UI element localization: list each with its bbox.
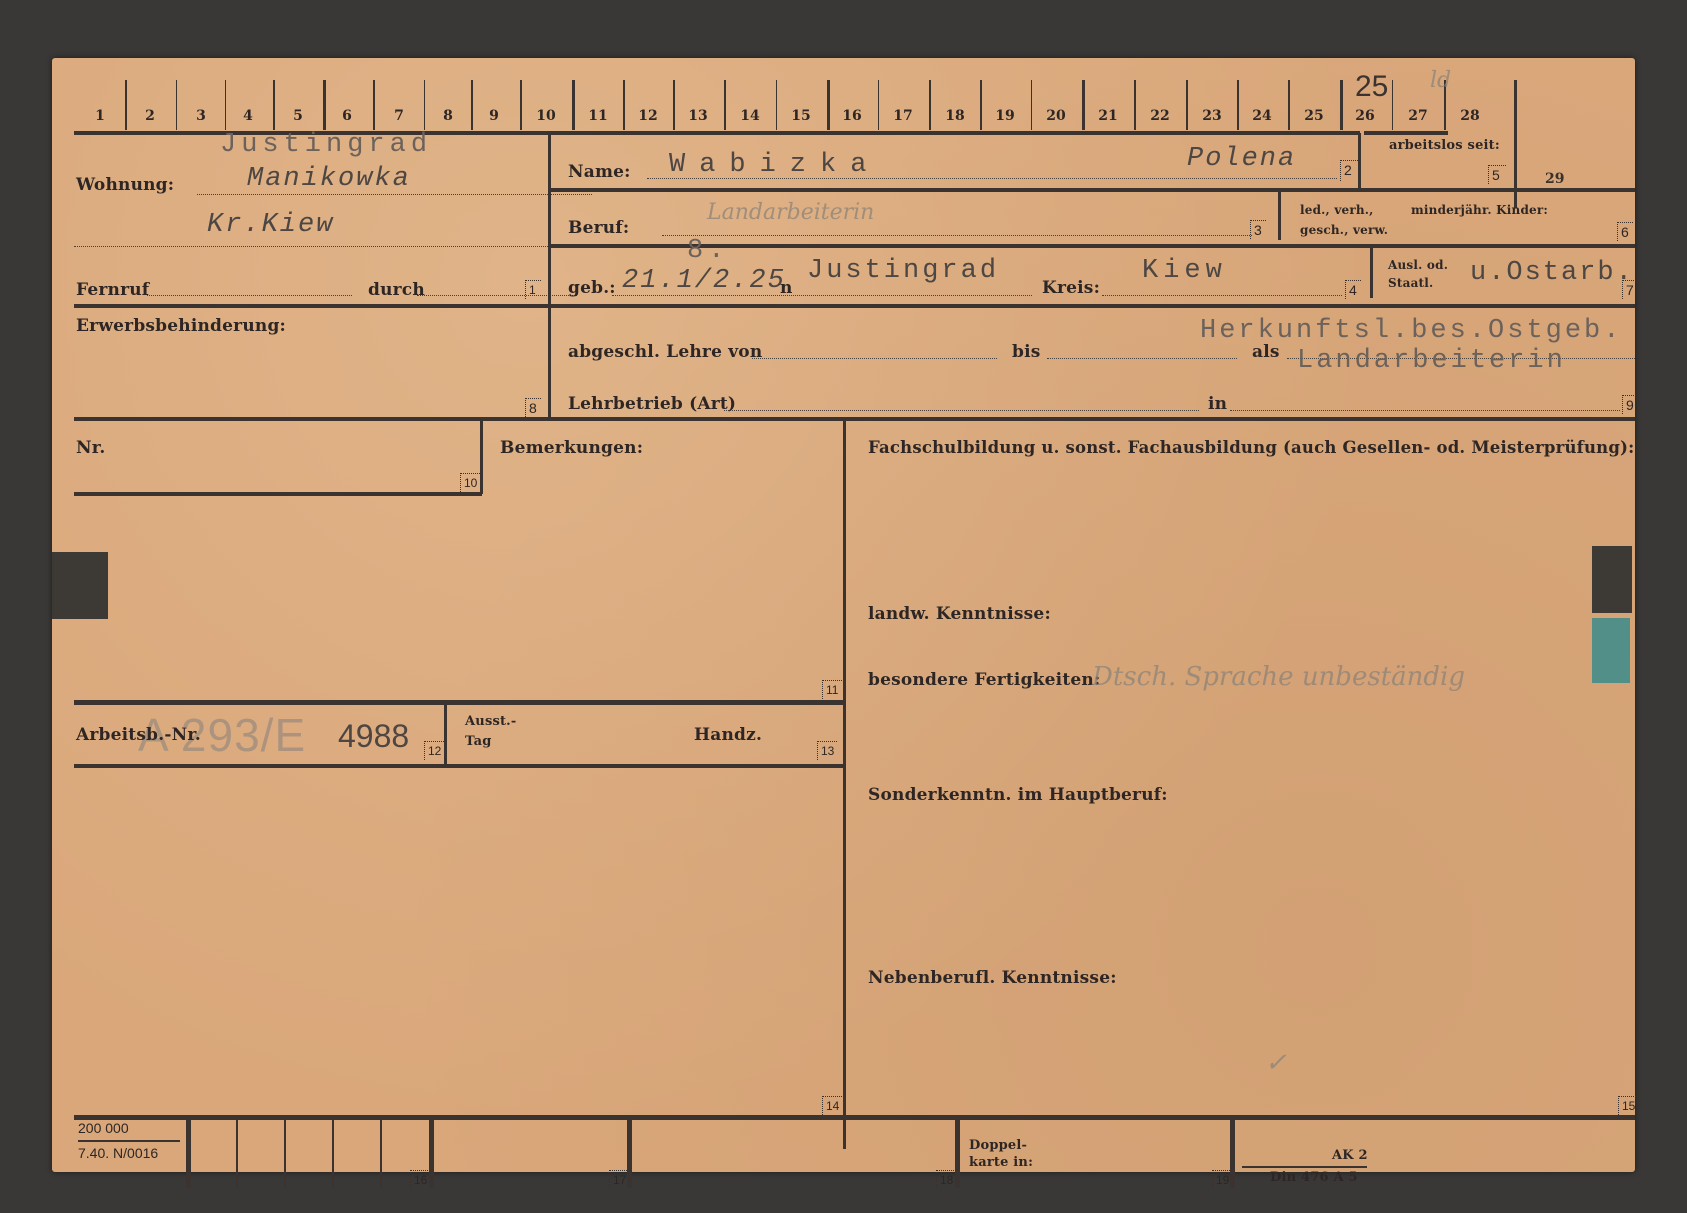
field-no-14: 14 bbox=[822, 1096, 842, 1115]
ruler-number: 24 bbox=[1242, 108, 1282, 124]
sonderkenntn-label: Sonderkenntn. im Hauptberuf: bbox=[868, 785, 1168, 805]
ruler-number: 7 bbox=[379, 108, 419, 124]
footer-divider-h bbox=[955, 1120, 960, 1188]
staat-value: u.Ostarb. bbox=[1470, 258, 1634, 288]
ruler-tick bbox=[623, 80, 625, 130]
lehre-bis-field[interactable] bbox=[1047, 358, 1237, 359]
ruler-tick bbox=[776, 80, 778, 130]
ruler-number: 10 bbox=[526, 108, 566, 124]
ruler-tick bbox=[1186, 80, 1188, 130]
field-no-10: 10 bbox=[460, 473, 480, 492]
top-divider-right bbox=[1364, 131, 1448, 135]
footer-top-line bbox=[74, 1115, 1635, 1120]
ruler-tick bbox=[878, 80, 880, 130]
lehrbetrieb-label: Lehrbetrieb (Art) bbox=[568, 394, 736, 414]
left-register-tab bbox=[52, 552, 108, 619]
ruler-number: 13 bbox=[678, 108, 718, 124]
ruler-number: 28 bbox=[1450, 108, 1490, 124]
field-no-11: 11 bbox=[822, 680, 842, 699]
birth-correction: 8. bbox=[687, 236, 729, 266]
print-run-underline bbox=[78, 1140, 180, 1142]
durch-label: durch bbox=[368, 280, 425, 300]
bemerkungen-label: Bemerkungen: bbox=[500, 438, 643, 458]
nebenberuf-label: Nebenberufl. Kenntnisse: bbox=[868, 968, 1117, 988]
ruler-tick bbox=[520, 80, 522, 130]
print-run: 200 000 bbox=[78, 1120, 129, 1136]
ruler-tick bbox=[980, 80, 982, 130]
name-field[interactable] bbox=[647, 178, 1337, 179]
geb-field[interactable] bbox=[612, 295, 1032, 296]
field-no-5: 5 bbox=[1488, 165, 1506, 184]
field-no-13: 13 bbox=[817, 741, 837, 760]
arbeitsbuch-bottom-line bbox=[74, 764, 845, 768]
kreis-value: Kiew bbox=[1142, 256, 1227, 286]
field-no-2: 2 bbox=[1340, 160, 1358, 181]
ruler-number: 16 bbox=[832, 108, 872, 124]
familienstand-line2: gesch., verw. bbox=[1300, 223, 1388, 237]
right-register-tab bbox=[1592, 546, 1632, 613]
ruler-number: 19 bbox=[985, 108, 1025, 124]
field-no-6: 6 bbox=[1617, 222, 1633, 241]
fernruf-field[interactable] bbox=[147, 295, 352, 296]
lehre-bottom-line bbox=[74, 417, 1635, 421]
field-no-3: 3 bbox=[1250, 220, 1266, 239]
registration-card: 1234567891011121314151617181920212223242… bbox=[52, 58, 1635, 1172]
ruler-number: 5 bbox=[278, 108, 318, 124]
geb-label: geb.: bbox=[568, 278, 616, 298]
firstname-value: Polena bbox=[1187, 144, 1296, 174]
ruler-tick bbox=[1392, 80, 1394, 130]
kreis-field[interactable] bbox=[1102, 295, 1342, 296]
lehre-in-label: in bbox=[1208, 394, 1227, 414]
ruler-tick bbox=[176, 80, 178, 130]
footer-divider-i bbox=[1230, 1120, 1235, 1188]
bis-label: bis bbox=[1012, 342, 1041, 362]
ruler-tick bbox=[1082, 80, 1085, 130]
ruler-number: 4 bbox=[228, 108, 268, 124]
field-no-12: 12 bbox=[424, 741, 444, 760]
lehre-typed-line2: Landarbeiterin bbox=[1297, 346, 1566, 376]
field-no-17: 17 bbox=[609, 1170, 629, 1189]
ruler-number: 20 bbox=[1036, 108, 1076, 124]
ruler-number: 17 bbox=[883, 108, 923, 124]
staat-divider bbox=[1370, 246, 1373, 298]
field-no-16: 16 bbox=[410, 1170, 430, 1189]
ruler-tick bbox=[1288, 80, 1290, 130]
ruler-tick bbox=[1237, 80, 1239, 130]
ruler-tick bbox=[827, 80, 830, 130]
nr-bottom-line bbox=[74, 492, 482, 496]
right-blue-marker bbox=[1592, 618, 1630, 683]
arbeitsbuch-top-line bbox=[74, 700, 845, 705]
name-label: Name: bbox=[568, 162, 631, 182]
ausst-label-line2: Tag bbox=[465, 734, 492, 749]
ruler-tick bbox=[1031, 80, 1033, 130]
staat-label-line1: Ausl. od. bbox=[1388, 258, 1448, 272]
fernruf-label: Fernruf bbox=[76, 280, 149, 300]
lehre-von-field[interactable] bbox=[752, 358, 997, 359]
arbeitsbuch-label: Arbeitsb.-Nr. bbox=[76, 725, 201, 745]
ruler-number: 27 bbox=[1398, 108, 1438, 124]
kinder-label: minderjähr. Kinder: bbox=[1411, 203, 1548, 217]
nr-divider bbox=[480, 419, 483, 494]
geb-bottom-line bbox=[74, 304, 1635, 308]
footer-divider-g bbox=[627, 1120, 632, 1188]
name-right-divider bbox=[1358, 133, 1361, 190]
doppelkarte-line1: Doppel- bbox=[969, 1138, 1027, 1153]
birth-date: 21.1/2.25 bbox=[622, 266, 786, 296]
ruler-number: 12 bbox=[628, 108, 668, 124]
arbeitslos-label: arbeitslos seit: bbox=[1389, 138, 1500, 153]
field-no-19: 19 bbox=[1212, 1170, 1232, 1189]
ruler-tick bbox=[323, 80, 326, 130]
field-no-15: 15 bbox=[1618, 1096, 1638, 1115]
ruler-number: 1 bbox=[80, 108, 120, 124]
handwritten-25: 25 bbox=[1355, 70, 1388, 104]
landw-label: landw. Kenntnisse: bbox=[868, 604, 1051, 624]
middle-column-divider bbox=[843, 419, 846, 1149]
ruler-tick bbox=[673, 80, 675, 130]
footer-divider-c bbox=[284, 1120, 286, 1188]
form-id: AK 2 bbox=[1332, 1148, 1368, 1163]
footer-divider-a bbox=[186, 1120, 191, 1188]
wohnung-dots1 bbox=[197, 194, 592, 195]
ruler-tick bbox=[929, 80, 931, 130]
pencil-note-27: ld bbox=[1430, 68, 1451, 93]
ruler-number: 23 bbox=[1192, 108, 1232, 124]
ruler-number: 8 bbox=[428, 108, 468, 124]
din-code: Din 476 A 5 bbox=[1270, 1170, 1358, 1185]
erwerbsbehinderung-label: Erwerbsbehinderung: bbox=[76, 316, 286, 336]
wohnung-label: Wohnung: bbox=[76, 175, 174, 195]
birth-place: Justingrad bbox=[807, 256, 999, 286]
als-label: als bbox=[1252, 342, 1280, 362]
ruler-number: 21 bbox=[1088, 108, 1128, 124]
ruler-tick bbox=[1340, 80, 1343, 130]
name-bottom-line bbox=[551, 188, 1635, 192]
ruler-tick bbox=[724, 80, 726, 130]
ruler-tick bbox=[373, 80, 375, 130]
familienstand-line1: led., verh., bbox=[1300, 203, 1374, 217]
ruler-tick bbox=[471, 80, 473, 130]
ruler-number: 26 bbox=[1345, 108, 1385, 124]
pencil-check-mark: ✓ bbox=[1265, 1048, 1287, 1078]
wohnung-dots2 bbox=[74, 246, 592, 247]
footer-divider-b bbox=[236, 1120, 238, 1188]
ruler-number: 15 bbox=[781, 108, 821, 124]
print-code: 7.40. N/0016 bbox=[78, 1145, 158, 1161]
footer-divider-d bbox=[332, 1120, 334, 1188]
doppelkarte-line2: karte in: bbox=[969, 1155, 1033, 1170]
ruler-tick bbox=[273, 80, 275, 130]
field-no-9: 9 bbox=[1622, 395, 1638, 414]
field-no-4: 4 bbox=[1345, 280, 1361, 299]
ruler-number: 3 bbox=[181, 108, 221, 124]
lehre-in-field[interactable] bbox=[1230, 410, 1620, 411]
ruler-number: 2 bbox=[130, 108, 170, 124]
lehrbetrieb-field[interactable] bbox=[724, 410, 1199, 411]
field-no-8: 8 bbox=[525, 398, 541, 417]
kreis-label: Kreis: bbox=[1042, 278, 1100, 298]
ruler-tick bbox=[1134, 80, 1136, 130]
fertigkeiten-label: besondere Fertigkeiten: bbox=[868, 670, 1100, 690]
arbeitsbuch-divider bbox=[444, 705, 447, 765]
ruler-tick bbox=[572, 80, 575, 130]
field-no-1: 1 bbox=[525, 280, 541, 299]
field-no-7: 7 bbox=[1622, 280, 1638, 299]
ruler-number: 11 bbox=[578, 108, 618, 124]
nr-label: Nr. bbox=[76, 438, 105, 458]
durch-field[interactable] bbox=[417, 295, 577, 296]
ruler-tick bbox=[225, 80, 227, 130]
arbeitsbuch-number: 4988 bbox=[338, 718, 409, 755]
beruf-pencil-value: Landarbeiterin bbox=[707, 200, 874, 225]
wohnung-line1: Justingrad bbox=[220, 130, 432, 160]
beruf-right-divider bbox=[1278, 190, 1281, 240]
staat-label-line2: Staatl. bbox=[1388, 276, 1433, 290]
fachschul-label: Fachschulbildung u. sonst. Fachausbildun… bbox=[868, 438, 1634, 457]
ruler-number: 18 bbox=[935, 108, 975, 124]
lehre-label: abgeschl. Lehre von bbox=[568, 342, 762, 362]
field-no-18: 18 bbox=[936, 1170, 956, 1189]
ruler-tick bbox=[424, 80, 426, 130]
footer-divider-e bbox=[380, 1120, 382, 1188]
ruler-number: 9 bbox=[474, 108, 514, 124]
form-id-underline bbox=[1242, 1166, 1367, 1168]
fertigkeiten-pencil-value: Dtsch. Sprache unbeständig bbox=[1092, 662, 1465, 692]
ausst-label-line1: Ausst.- bbox=[465, 714, 517, 729]
ruler-tick bbox=[125, 80, 127, 130]
ruler-number: 25 bbox=[1294, 108, 1334, 124]
wohnung-line3: Kr.Kiew bbox=[207, 210, 334, 240]
wohnung-line2: Manikowka bbox=[247, 164, 411, 194]
left-col-divider bbox=[548, 133, 551, 418]
ruler-number: 14 bbox=[730, 108, 770, 124]
field-no-29: 29 bbox=[1545, 171, 1564, 187]
handz-label: Handz. bbox=[694, 725, 762, 745]
ruler-number: 22 bbox=[1140, 108, 1180, 124]
beruf-field[interactable] bbox=[662, 235, 1252, 236]
ruler-number: 6 bbox=[327, 108, 367, 124]
beruf-label: Beruf: bbox=[568, 218, 629, 238]
surname-value: Wabizka bbox=[669, 150, 880, 180]
footer-divider-f bbox=[429, 1120, 434, 1188]
